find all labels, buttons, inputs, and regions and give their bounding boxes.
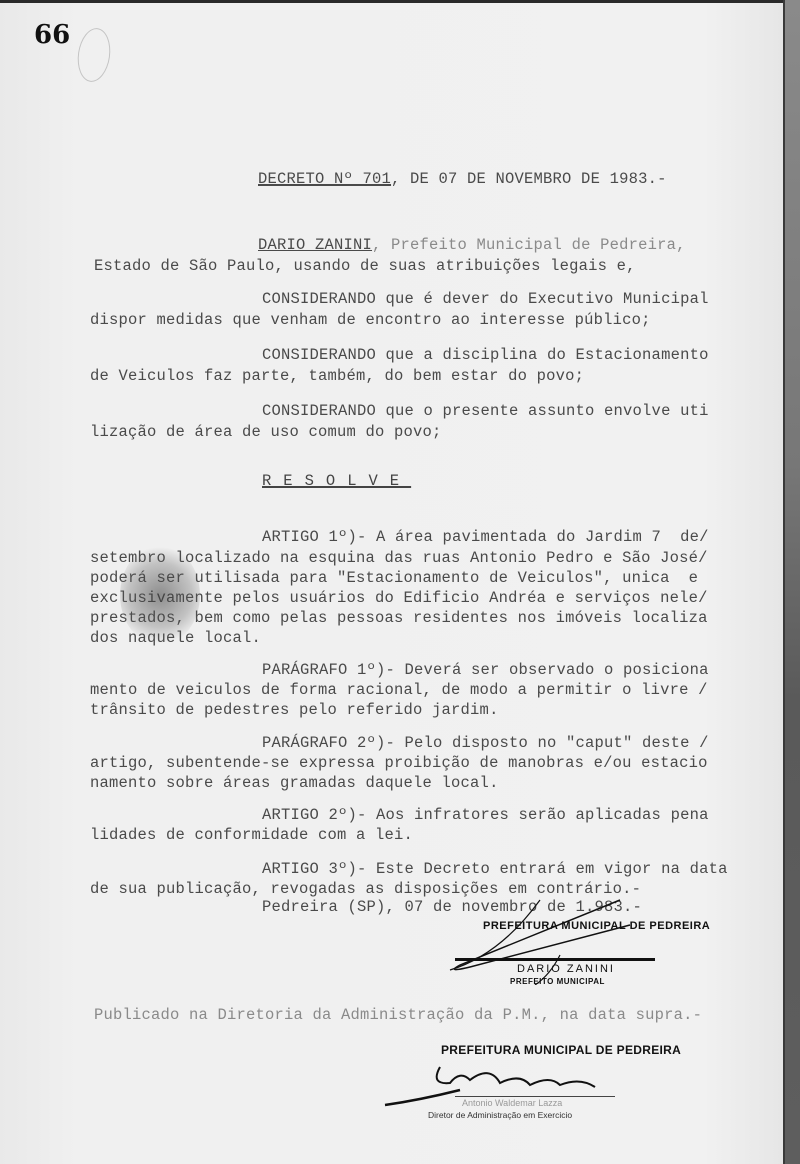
considerando-2-line-2: de Veiculos faz parte, também, do bem es… [90,367,584,385]
decree-title: DECRETO Nº 701, DE 07 DE NOVEMBRO DE 198… [258,170,667,188]
preamble-line-1: DARIO ZANINI, Prefeito Municipal de Pedr… [258,236,686,254]
artigo-2-line-1: ARTIGO 2º)- Aos infratores serão aplicad… [262,806,709,824]
considerando-1-line-2: dispor medidas que venham de encontro ao… [90,311,651,329]
mayor-name-printed: DARIO ZANINI [517,963,615,975]
signature-line [455,958,655,961]
paragrafo-1-line-3: trânsito de pedestres pelo referido jard… [90,701,499,719]
artigo-2-line-2: lidades de conformidade com a lei. [90,826,413,844]
decree-date: , DE 07 DE NOVEMBRO DE 1983.- [391,170,667,188]
artigo-3-line-1: ARTIGO 3º)- Este Decreto entrará em vigo… [262,860,728,878]
paragrafo-2-line-2: artigo, subentende-se expressa proibição… [90,754,708,772]
resolve-heading: RESOLVE [262,472,411,490]
publication-note: Publicado na Diretoria da Administração … [94,1006,702,1024]
paragrafo-2-line-3: namento sobre áreas gramadas daquele loc… [90,774,499,792]
considerando-2-line-1: CONSIDERANDO que a disciplina do Estacio… [262,346,709,364]
considerando-3-line-1: CONSIDERANDO que o presente assunto envo… [262,402,709,420]
decree-number: DECRETO Nº 701 [258,170,391,188]
signature-line [455,1096,615,1097]
paragrafo-1-line-1: PARÁGRAFO 1º)- Deverá ser observado o po… [262,661,709,679]
mayor-name: DARIO ZANINI [258,236,372,254]
scan-binding-edge [783,0,800,1164]
page-number: 66 [34,20,70,50]
considerando-3-line-2: lização de área de uso comum do povo; [90,423,442,441]
director-role: Diretor de Administração em Exercicio [428,1110,572,1120]
considerando-1-line-1: CONSIDERANDO que é dever do Executivo Mu… [262,290,709,308]
scan-top-edge [0,0,800,3]
preamble-line-2: Estado de São Paulo, usando de suas atri… [94,257,636,275]
artigo-1-line-1: ARTIGO 1º)- A área pavimentada do Jardim… [262,528,709,546]
mayor-stamp: PREFEITURA MUNICIPAL DE PEDREIRA [483,920,710,932]
ink-smudge [120,545,200,645]
director-name-printed: Antonio Waldemar Lazza [462,1098,562,1108]
paragrafo-2-line-1: PARÁGRAFO 2º)- Pelo disposto no "caput" … [262,734,709,752]
paragrafo-1-line-2: mento de veiculos de forma racional, de … [90,681,708,699]
mayor-role: PREFEITO MUNICIPAL [510,977,605,986]
